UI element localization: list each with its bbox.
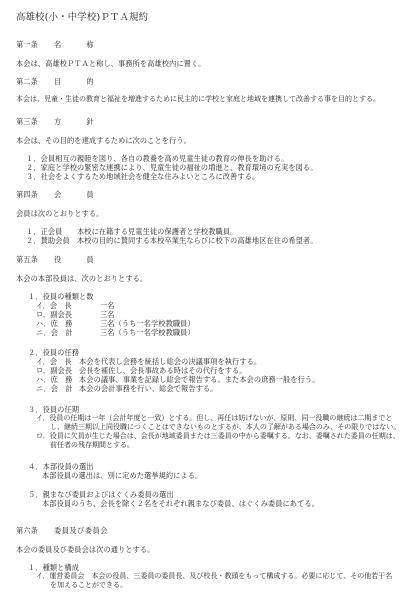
article-title: 目 的 <box>54 77 103 86</box>
article-6-body: 本会の委員及び委員会は次の通りとする。 <box>16 545 154 554</box>
article-6-heading: 第六条委員及び委員会 <box>16 526 108 535</box>
paragraph-line: イ．役員の任期は一年（会計年度と一致）とする。但し、再任は妨げないが、原則、同一… <box>36 414 392 423</box>
duty-label: イ．会 長 <box>36 357 72 366</box>
article-number: 第三条 <box>16 117 54 126</box>
duty-value: 本会の会計事務を行い、総会で報告する。 <box>79 384 217 393</box>
duty-value: 本会を代表し会務を統括し総会の決議事項を執行する。 <box>79 357 261 366</box>
article-2-heading: 第二条目 的 <box>16 77 103 86</box>
role-label: ロ．副会長 <box>36 310 72 319</box>
article-number: 第五条 <box>16 255 54 264</box>
section-title: ２．役員の任務 <box>28 348 79 357</box>
document-title: 高雄校(小・中学校)ＰＴＡ規約 <box>16 12 148 24</box>
article-1-heading: 第一条名 称 <box>16 40 103 49</box>
article-5-heading: 第五条役 員 <box>16 255 103 264</box>
duty-value: 会長を補佐し、会長事故ある時はその代行をする。 <box>79 366 247 375</box>
article-5-body: 本会の本部役員は、次のとおりとする。 <box>16 274 147 283</box>
section-title: ３．役員の任期 <box>28 405 79 414</box>
section-title: １．種類と構成 <box>28 563 79 572</box>
paragraph-line: 本部役員のうち、会長を除く２名をそれぞれ親まなび委員、はぐくみ委員にあてる。 <box>42 499 319 508</box>
list-item: １．正会員 本校に在籍する児童生徒の保護者と学校教職員。 <box>26 227 237 236</box>
article-title: 名 称 <box>54 40 103 49</box>
role-value: 三名（うち一名学校教職員） <box>100 319 195 328</box>
article-title: 委員及び委員会 <box>54 526 108 535</box>
paragraph-line: 本部役員の選出は、別に定めた選挙規約による。 <box>42 471 202 480</box>
article-4-body: 会員は次のとおりとする。 <box>16 209 103 218</box>
section-title: ５．親まなび委員およびはぐくみ委員の選出 <box>28 490 174 499</box>
paragraph-line: し、継続三期以上同役職につくことはできないものとするが、本人の了解がある場合のみ… <box>50 423 400 432</box>
article-title: 役 員 <box>54 255 103 264</box>
article-4-heading: 第四条会 員 <box>16 190 103 199</box>
duty-value: 本会の議事、事業を記録し総会で報告する。また本会の庶務一般を行う。 <box>79 375 320 384</box>
list-item: １．会員相互の親睦を図り、各自の教養を高め児童生徒の教育の伸長を助ける。 <box>26 154 288 163</box>
role-value: 一名 <box>100 301 115 310</box>
role-value: 三名（うち一名学校教職員） <box>100 328 195 337</box>
role-value: 三名 <box>100 310 115 319</box>
document-page: 高雄校(小・中学校)ＰＴＡ規約 第一条名 称 本会は、高雄校ＰＴＡと称し、事務所… <box>0 0 420 606</box>
duty-label: ハ．庶 務 <box>36 375 72 384</box>
article-number: 第四条 <box>16 190 54 199</box>
list-item: ３．社会をよくするため地域社会を健全な住みよいところに改善する。 <box>26 172 259 181</box>
list-item: ２．賛助会員 本校の目的に賛同する本校卒業生ならびに校下の高雄地区在住の希望者。 <box>26 236 318 245</box>
list-item: ２．家庭と学校の緊密な連携により、児童生徒の福祉の増進と、教育環境の充実を図る。 <box>26 163 318 172</box>
article-number: 第二条 <box>16 77 54 86</box>
role-label: ニ．会 計 <box>36 328 73 337</box>
article-3-heading: 第三条方 針 <box>16 117 103 126</box>
role-label: イ．会 長 <box>36 301 72 310</box>
section-title: １．役員の種類と数 <box>28 292 94 301</box>
article-title: 会 員 <box>54 190 103 199</box>
article-title: 方 針 <box>54 117 103 126</box>
duty-label: ロ．副会長 <box>36 366 72 375</box>
paragraph-line: ロ．役員に欠員が生じた場合は、会長が地域委員または三委員の中から委嘱する。なお、… <box>36 432 400 441</box>
duty-label: ニ．会 計 <box>36 384 73 393</box>
article-2-body: 本会は、児童・生徒の教育と福祉を増進するために民主的に学校と家庭と地域を連携して… <box>16 95 380 104</box>
article-3-body: 本会は、その目的を達成するために次のことを行う。 <box>16 136 191 145</box>
paragraph-line: を加えることができる。 <box>50 581 127 590</box>
paragraph-line: イ．運営委員会 本会の役員、三委員の委員長、及び校長・教頭をもって構成する。必要… <box>36 572 392 581</box>
article-number: 第六条 <box>16 526 54 535</box>
article-number: 第一条 <box>16 40 54 49</box>
article-1-body: 本会は、高雄校ＰＴＡと称し、事務所を高雄校内に置く。 <box>16 59 205 68</box>
role-label: ハ．庶 務 <box>36 319 72 328</box>
paragraph-line: 前任者の残存期間とする。 <box>50 441 134 450</box>
section-title: ４．本部役員の選出 <box>28 462 94 471</box>
